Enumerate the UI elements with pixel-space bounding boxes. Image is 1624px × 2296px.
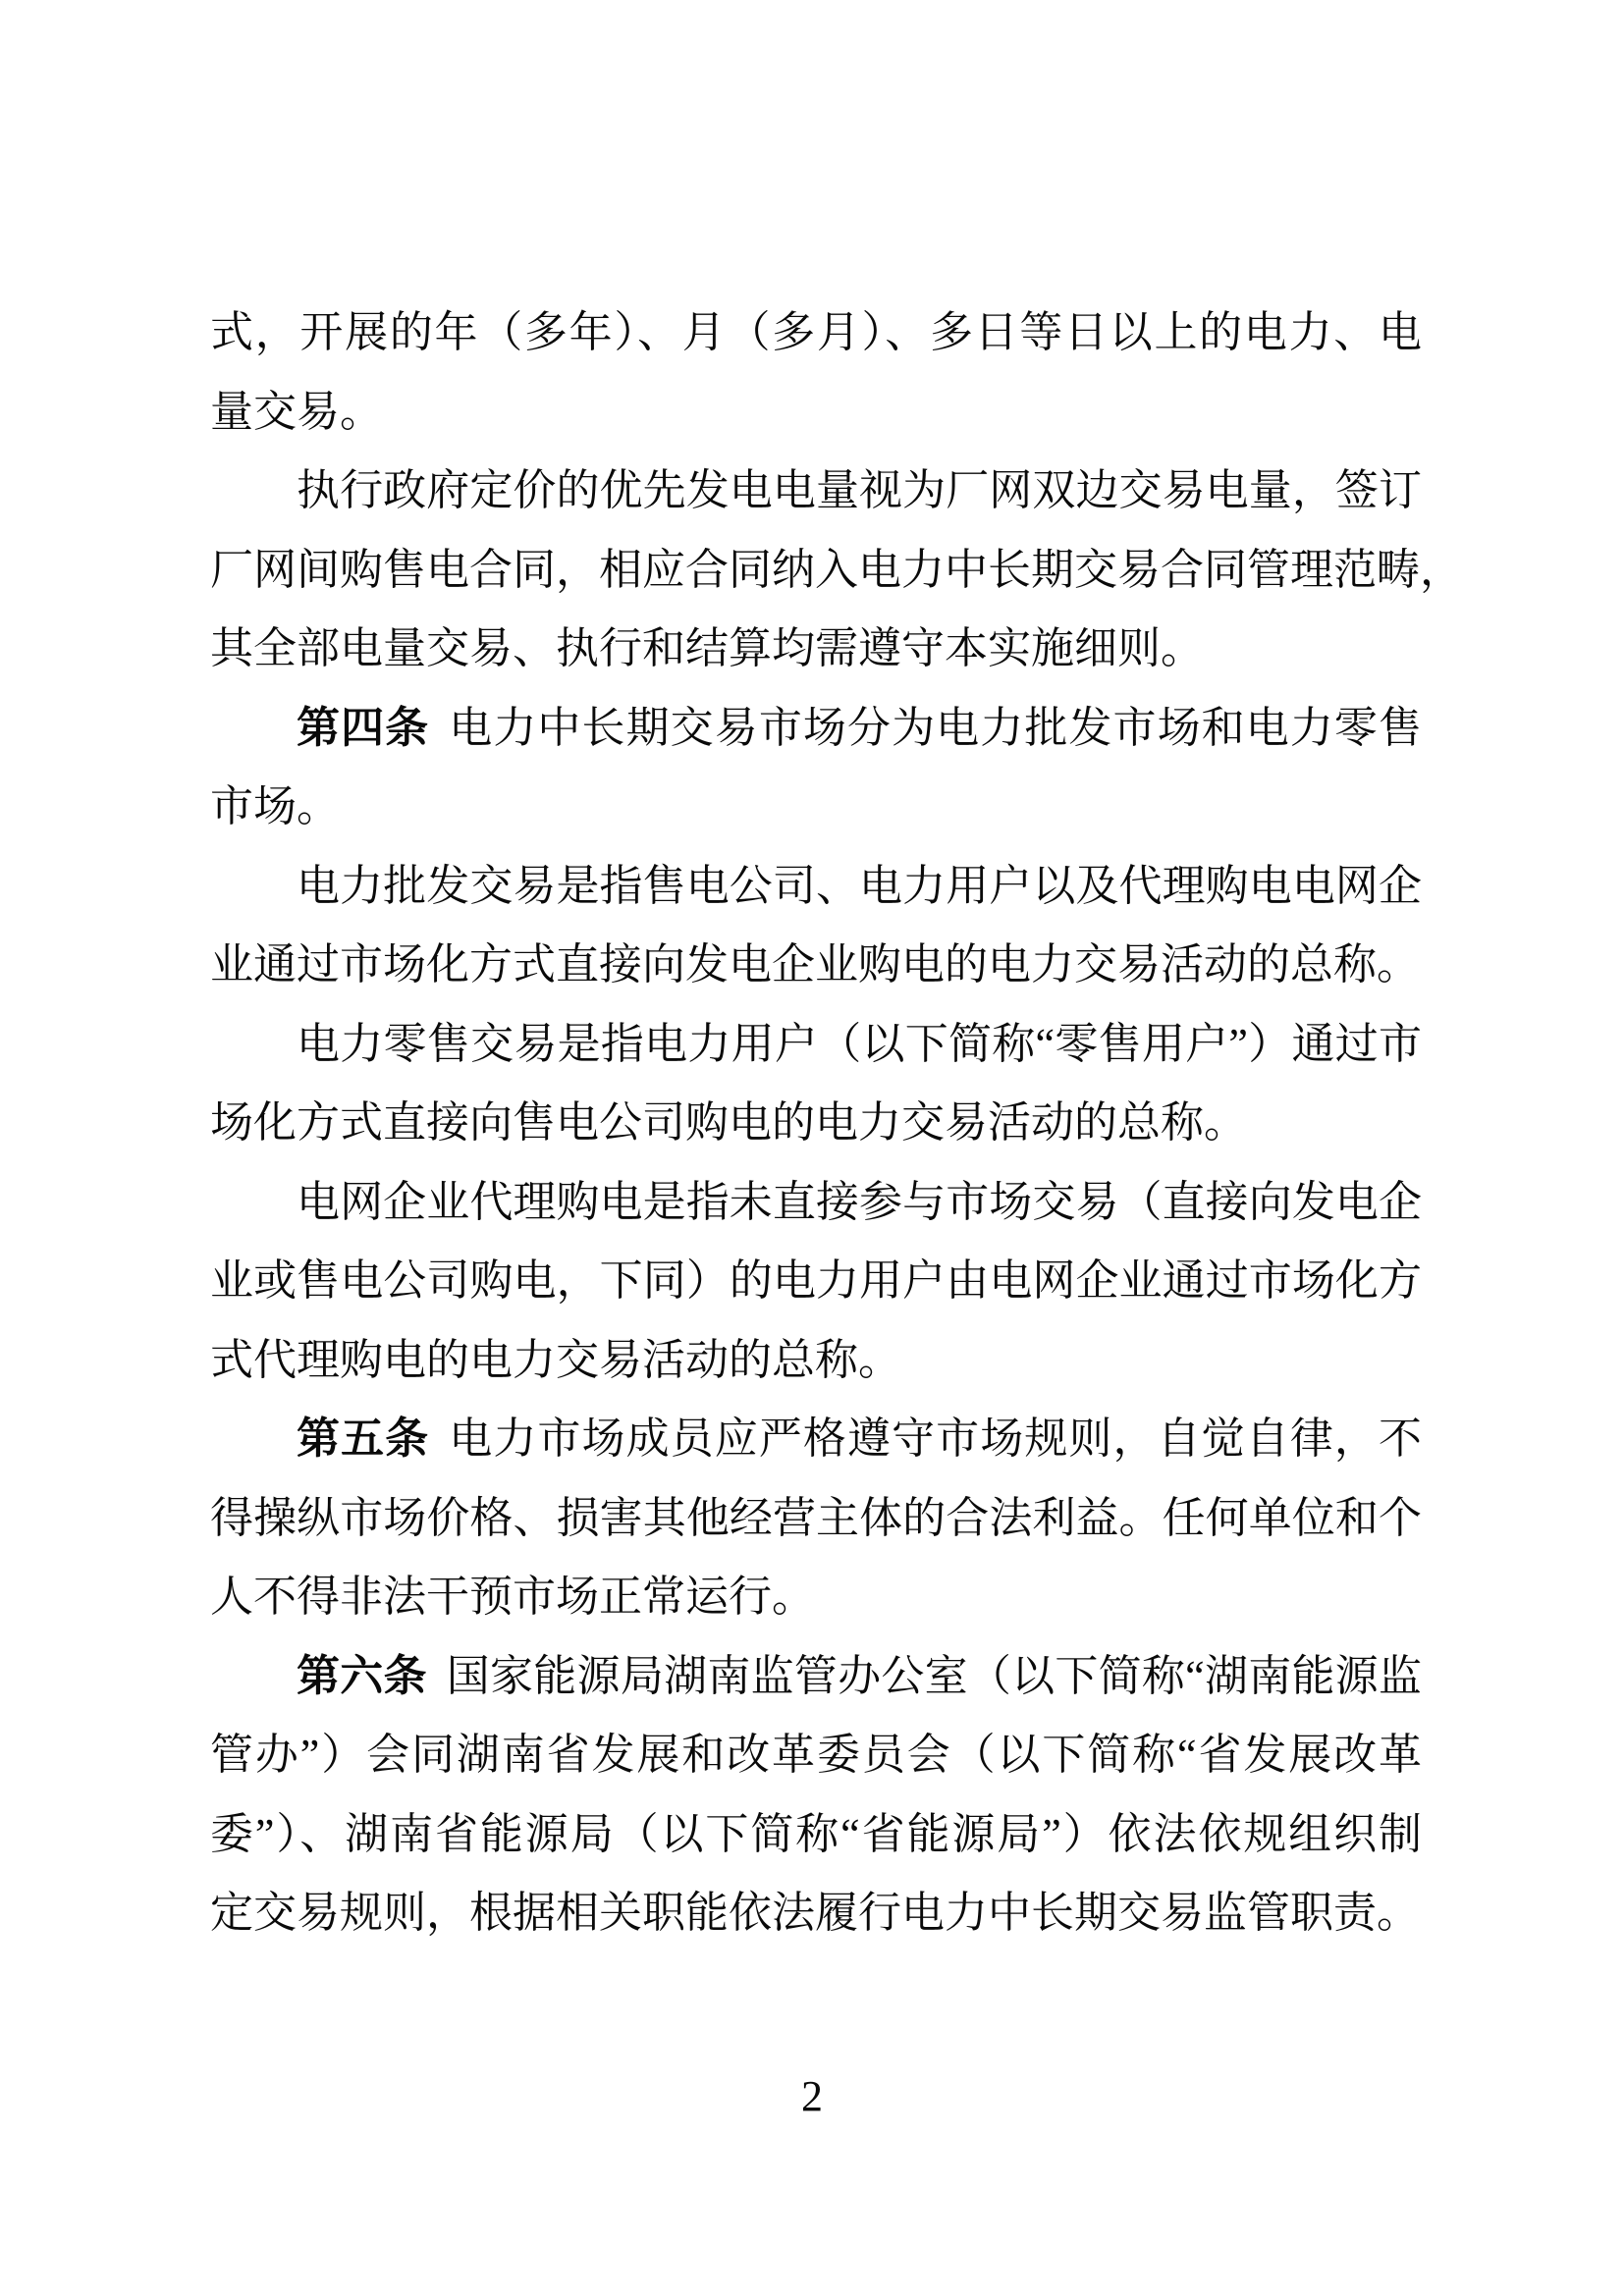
line-text: 管办”）会同湖南省发展和改革委员会（以下简称“省发展改革: [210, 1731, 1422, 1779]
text-line-8: 电力批发交易是指售电公司、电力用户以及代理购电电网企: [210, 847, 1422, 927]
text-line-10: 电力零售交易是指电力用户（以下简称“零售用户”）通过市: [210, 1005, 1422, 1085]
line-text: 式代理购电的电力交易活动的总称。: [210, 1336, 901, 1384]
line-text: 得操纵市场价格、损害其他经营主体的合法利益。任何单位和个: [210, 1494, 1422, 1542]
text-line-13: 业或售电公司购电，下同）的电力用户由电网企业通过市场化方: [210, 1242, 1422, 1321]
line-text: 委”）、湖南省能源局（以下简称“省能源局”）依法依规组织制: [210, 1810, 1422, 1858]
article-number-5: 第五条: [297, 1415, 429, 1463]
text-line-19: 管办”）会同湖南省发展和改革委员会（以下简称“省发展改革: [210, 1716, 1422, 1795]
line-text: 其全部电量交易、执行和结算均需遵守本实施细则。: [210, 624, 1204, 672]
text-line-7: 市场。: [210, 768, 1422, 847]
text-line-3: 执行政府定价的优先发电电量视为厂网双边交易电量，签订: [210, 452, 1422, 531]
text-line-14: 式代理购电的电力交易活动的总称。: [210, 1321, 1422, 1401]
line-text: 国家能源局湖南监管办公室（以下简称“湖南能源监: [447, 1652, 1422, 1700]
page-footer: 2: [0, 2073, 1624, 2120]
text-line-2: 量交易。: [210, 373, 1422, 453]
line-text: 式，开展的年（多年）、月（多月）、多日等日以上的电力、电: [210, 308, 1422, 356]
line-text: 业通过市场化方式直接向发电企业购电的电力交易活动的总称。: [210, 940, 1420, 988]
line-text: 人不得非法干预市场正常运行。: [210, 1573, 815, 1621]
line-text: 厂网间购售电合同，相应合同纳入电力中长期交易合同管理范畴，: [210, 546, 1463, 594]
text-line-9: 业通过市场化方式直接向发电企业购电的电力交易活动的总称。: [210, 926, 1422, 1005]
text-line-4: 厂网间购售电合同，相应合同纳入电力中长期交易合同管理范畴，: [210, 531, 1422, 611]
line-text: 电力市场成员应严格遵守市场规则，自觉自律，不: [449, 1415, 1422, 1463]
text-line-11: 场化方式直接向售电公司购电的电力交易活动的总称。: [210, 1084, 1422, 1163]
text-line-5: 其全部电量交易、执行和结算均需遵守本实施细则。: [210, 610, 1422, 689]
page-number: 2: [801, 2072, 823, 2120]
text-line-17: 人不得非法干预市场正常运行。: [210, 1558, 1422, 1637]
line-text: 电力零售交易是指电力用户（以下简称“零售用户”）通过市: [297, 1020, 1422, 1068]
document-page: 式，开展的年（多年）、月（多月）、多日等日以上的电力、电 量交易。 执行政府定价…: [0, 0, 1624, 2296]
text-line-12: 电网企业代理购电是指未直接参与市场交易（直接向发电企: [210, 1163, 1422, 1243]
line-text: 场化方式直接向售电公司购电的电力交易活动的总称。: [210, 1098, 1247, 1147]
line-text: 电力批发交易是指售电公司、电力用户以及代理购电电网企: [297, 862, 1422, 910]
text-line-18: 第六条国家能源局湖南监管办公室（以下简称“湖南能源监: [210, 1637, 1422, 1717]
line-text: 定交易规则，根据相关职能依法履行电力中长期交易监管职责。: [210, 1889, 1420, 1937]
line-text: 执行政府定价的优先发电电量视为厂网双边交易电量，签订: [297, 466, 1422, 514]
line-text: 量交易。: [210, 388, 383, 436]
line-text: 电力中长期交易市场分为电力批发市场和电力零售: [449, 704, 1422, 752]
article-number-6: 第六条: [297, 1652, 427, 1700]
text-line-21: 定交易规则，根据相关职能依法履行电力中长期交易监管职责。: [210, 1874, 1422, 1953]
line-text: 电网企业代理购电是指未直接参与市场交易（直接向发电企: [297, 1178, 1422, 1226]
text-line-15: 第五条电力市场成员应严格遵守市场规则，自觉自律，不: [210, 1400, 1422, 1479]
line-text: 业或售电公司购电，下同）的电力用户由电网企业通过市场化方: [210, 1256, 1422, 1305]
text-line-6: 第四条电力中长期交易市场分为电力批发市场和电力零售: [210, 689, 1422, 769]
article-number-4: 第四条: [297, 704, 429, 752]
document-body: 式，开展的年（多年）、月（多月）、多日等日以上的电力、电 量交易。 执行政府定价…: [210, 294, 1422, 1953]
line-text: 市场。: [210, 782, 340, 830]
text-line-1: 式，开展的年（多年）、月（多月）、多日等日以上的电力、电: [210, 294, 1422, 373]
text-line-16: 得操纵市场价格、损害其他经营主体的合法利益。任何单位和个: [210, 1479, 1422, 1559]
text-line-20: 委”）、湖南省能源局（以下简称“省能源局”）依法依规组织制: [210, 1795, 1422, 1875]
